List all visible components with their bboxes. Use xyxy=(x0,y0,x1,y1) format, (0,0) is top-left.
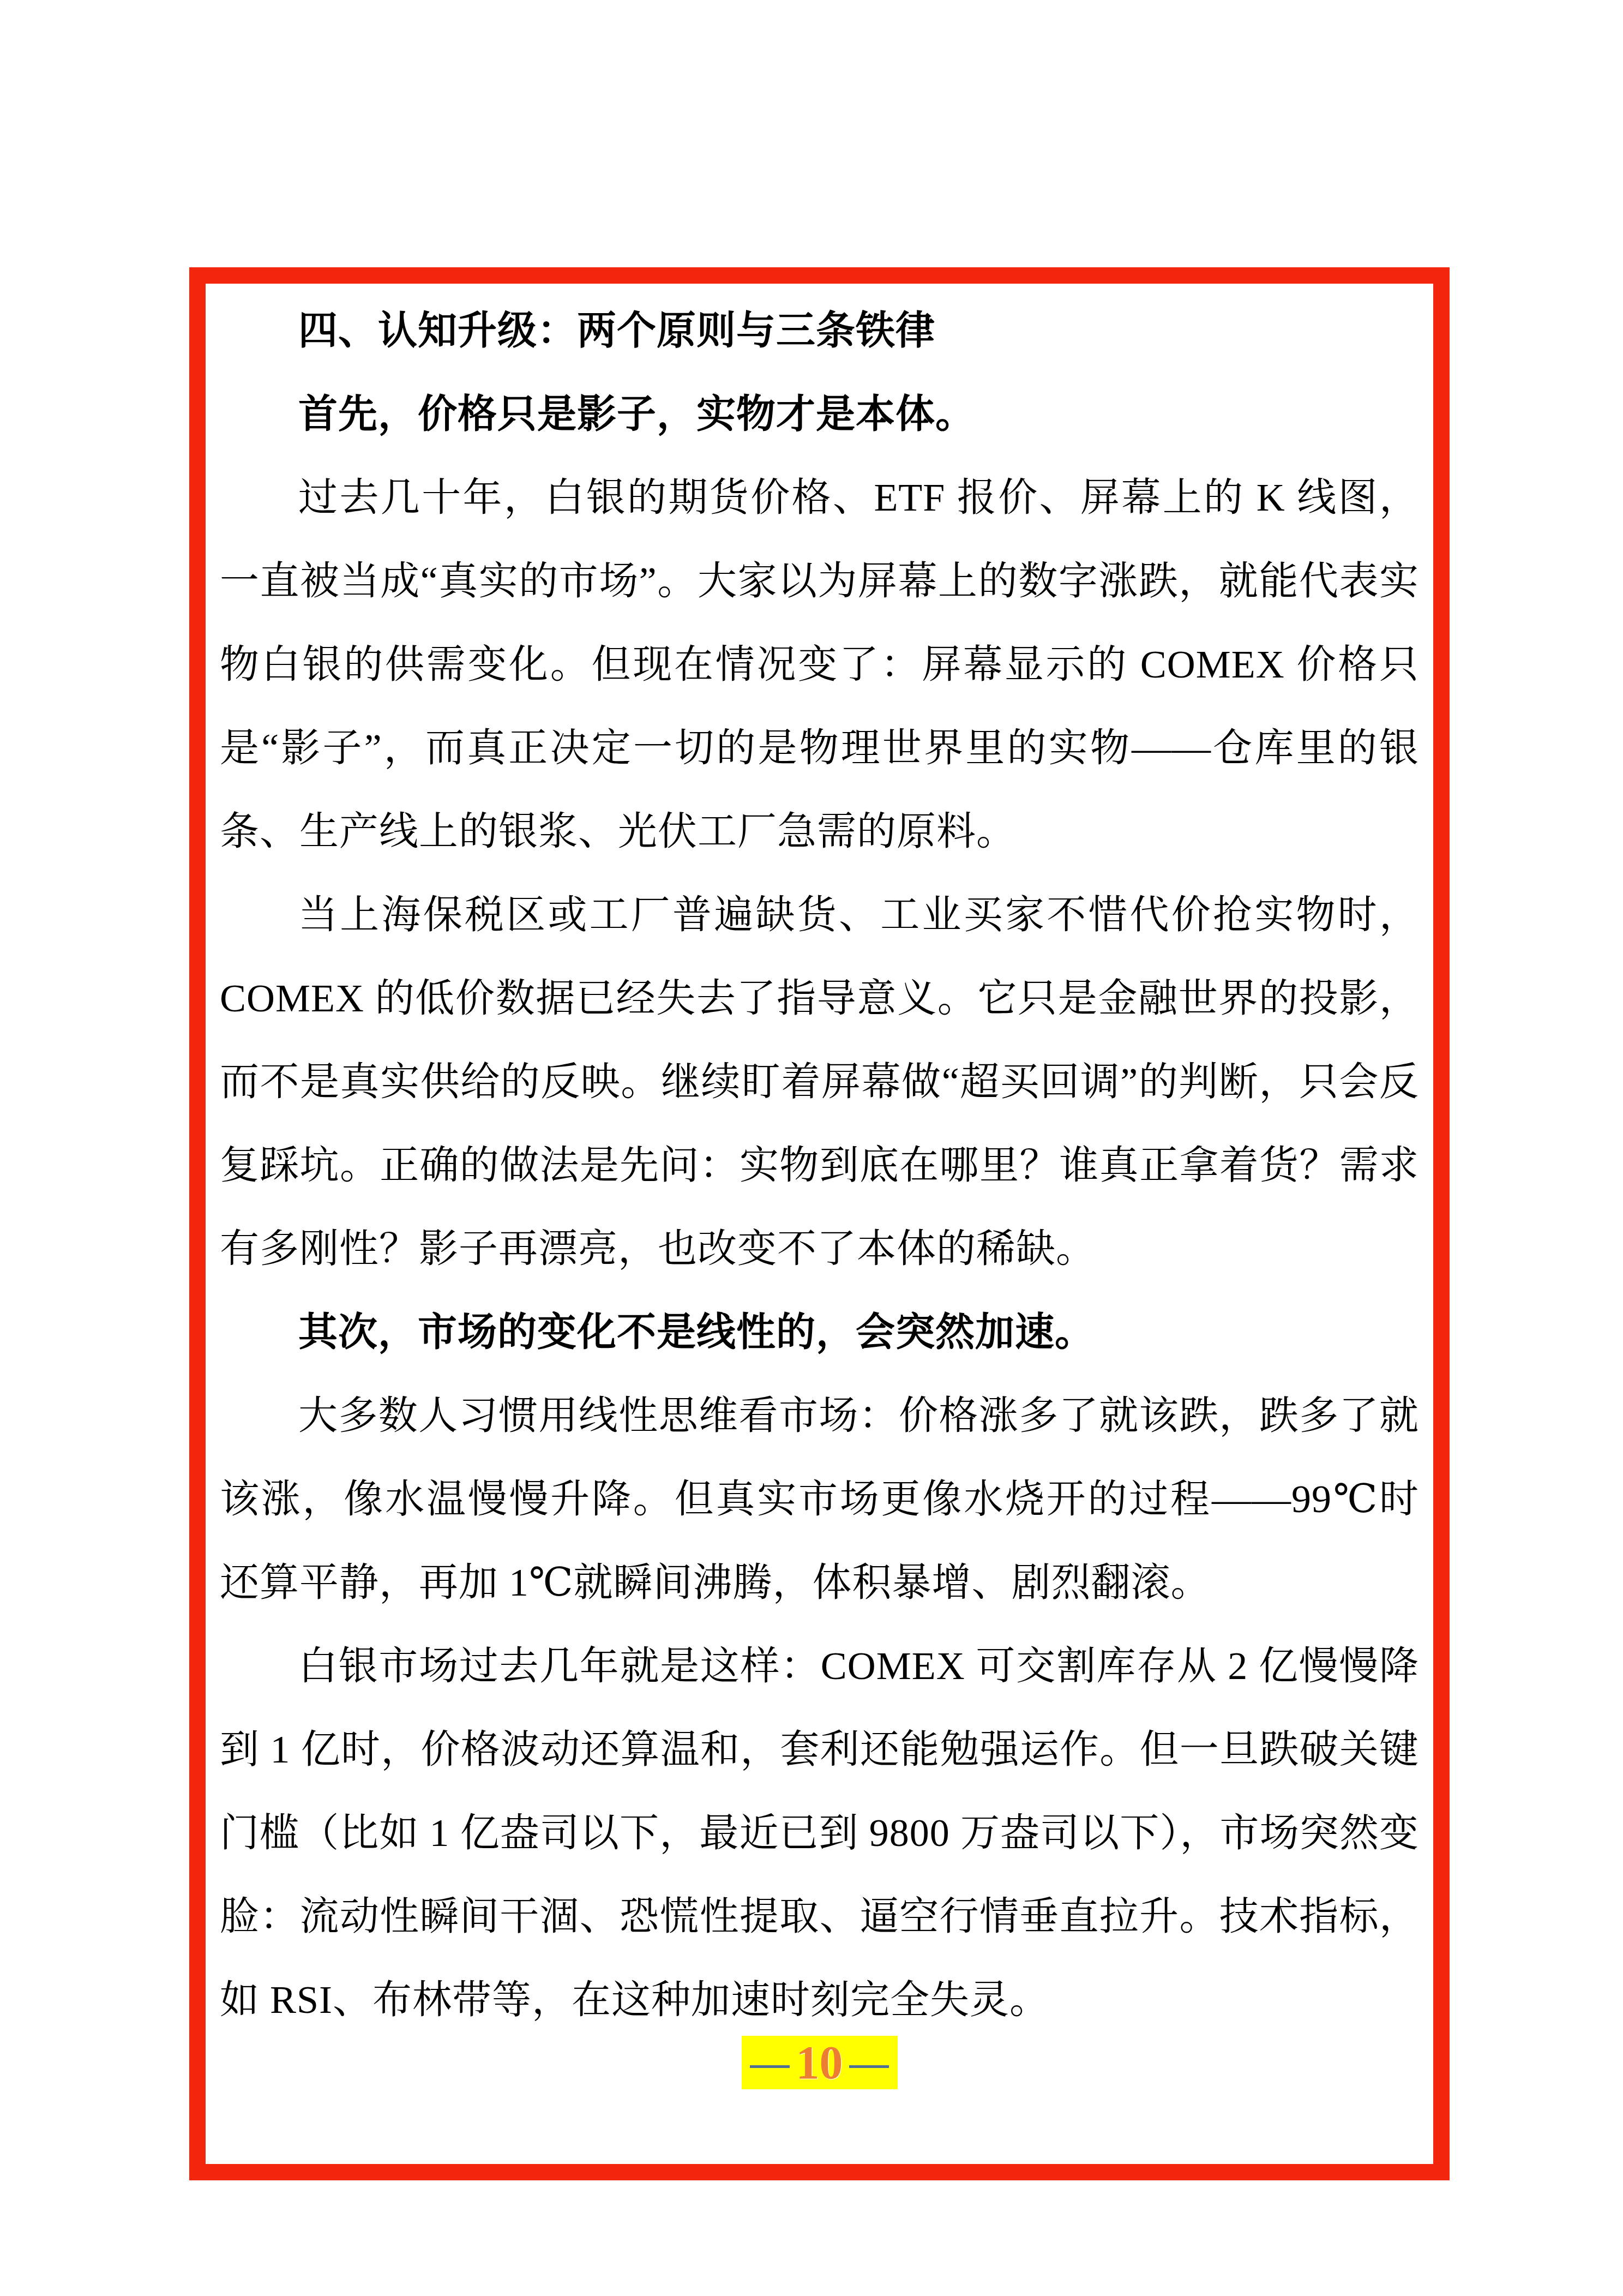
red-border-frame: 四、认知升级：两个原则与三条铁律 首先，价格只是影子，实物才是本体。 过去几十年… xyxy=(189,267,1450,2180)
document-page: 四、认知升级：两个原则与三条铁律 首先，价格只是影子，实物才是本体。 过去几十年… xyxy=(0,0,1623,2296)
section-heading: 四、认知升级：两个原则与三条铁律 xyxy=(220,289,1419,373)
document-content: 四、认知升级：两个原则与三条铁律 首先，价格只是影子，实物才是本体。 过去几十年… xyxy=(206,284,1433,2042)
paragraph-4: 白银市场过去几年就是这样：COMEX 可交割库存从 2 亿慢慢降到 1 亿时，价… xyxy=(220,1624,1419,2042)
paragraph-3: 大多数人习惯用线性思维看市场：价格涨多了就该跌，跌多了就该涨，像水温慢慢升降。但… xyxy=(220,1374,1419,1624)
page-number-dash-right: — xyxy=(850,2041,889,2084)
principle-2-title: 其次，市场的变化不是线性的，会突然加速。 xyxy=(220,1291,1419,1374)
page-number-highlight: — 10 — xyxy=(742,2036,898,2089)
page-number: 10 xyxy=(792,2036,847,2089)
page-number-dash-left: — xyxy=(750,2041,790,2084)
paragraph-1: 过去几十年，白银的期货价格、ETF 报价、屏幕上的 K 线图，一直被当成“真实的… xyxy=(220,456,1419,873)
principle-1-title: 首先，价格只是影子，实物才是本体。 xyxy=(220,373,1419,456)
paragraph-2: 当上海保税区或工厂普遍缺货、工业买家不惜代价抢实物时，COMEX 的低价数据已经… xyxy=(220,873,1419,1291)
page-number-footer: — 10 — xyxy=(206,2036,1433,2089)
